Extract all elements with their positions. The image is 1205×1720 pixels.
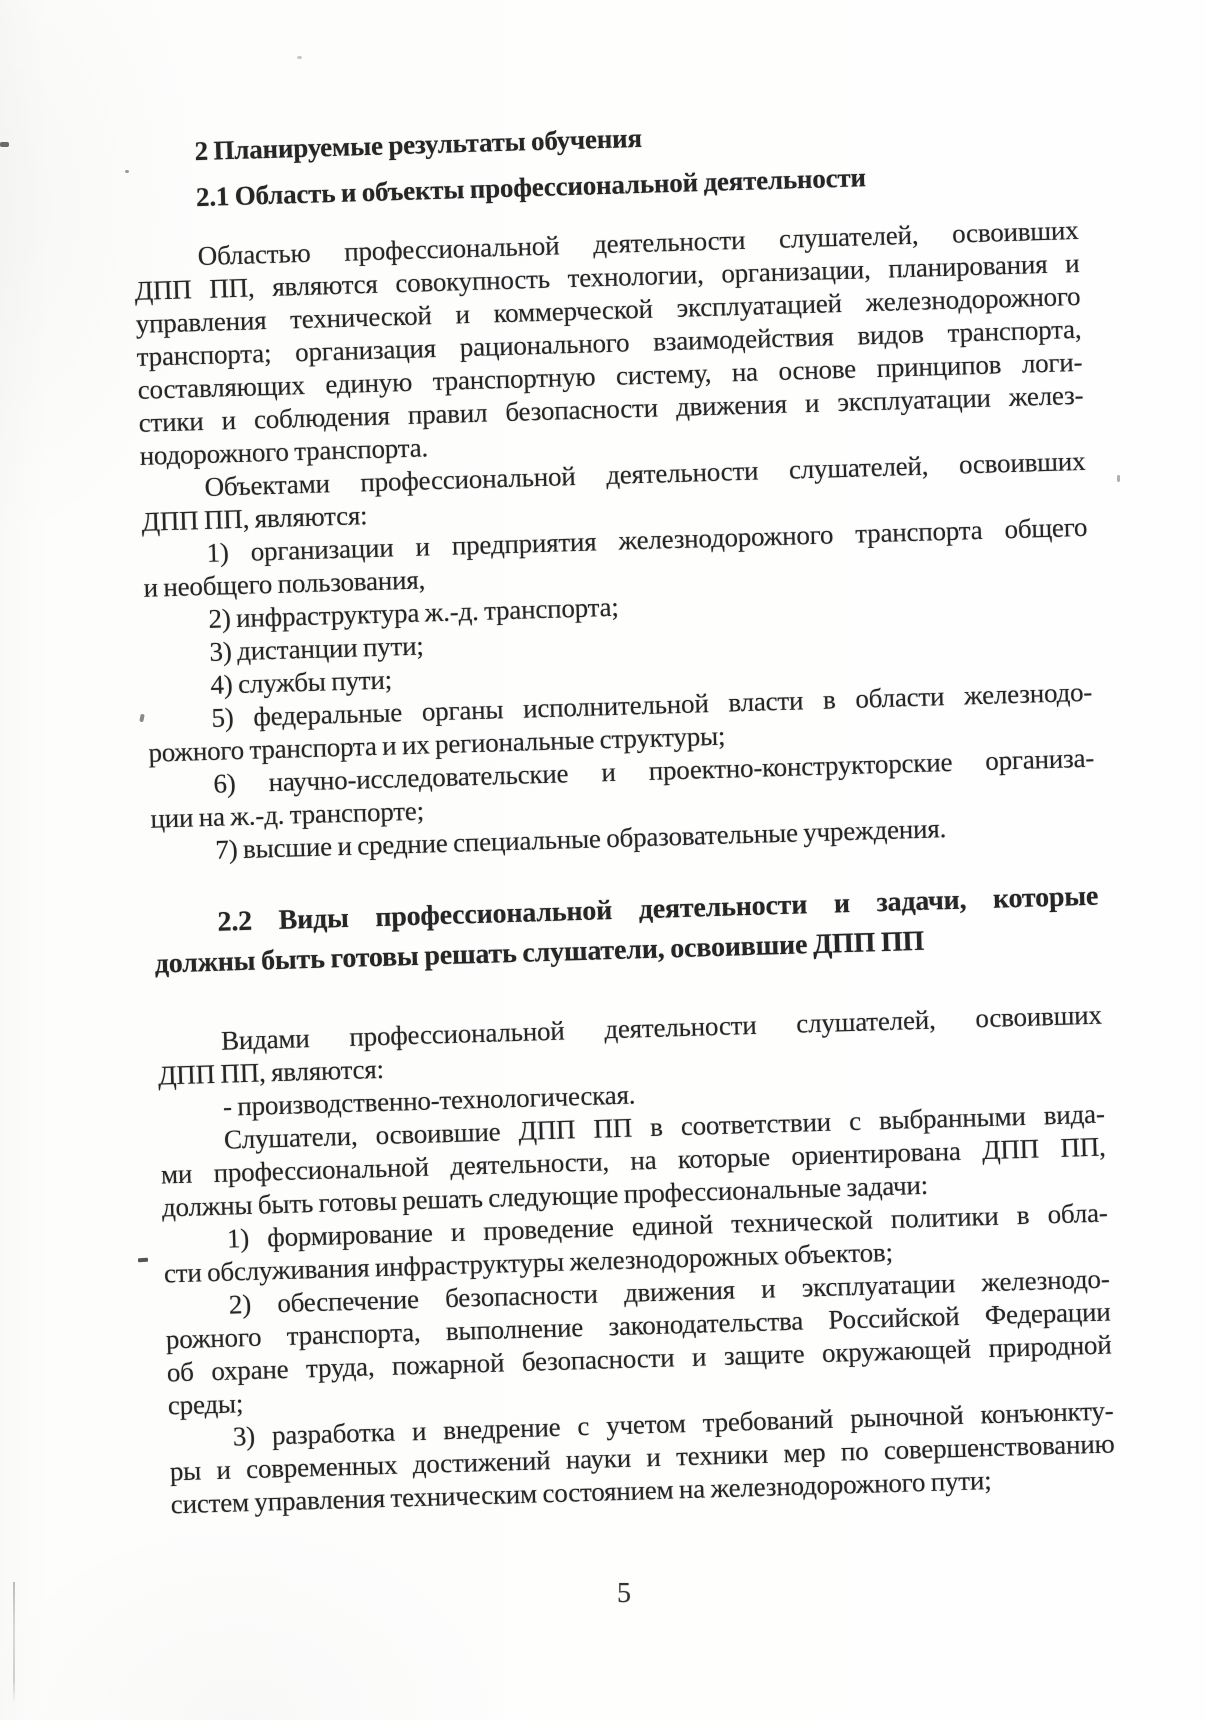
- scan-artifact-hyphen: [138, 1258, 148, 1263]
- scan-artifact-speck: [139, 714, 145, 723]
- page-number: 5: [617, 1578, 631, 1610]
- scanned-document-page: 2 Планируемые результаты обучения 2.1 Об…: [0, 0, 1205, 1720]
- document-text-block: 2 Планируемые результаты обучения 2.1 Об…: [130, 102, 1116, 1521]
- scan-artifact-dash: [0, 142, 9, 147]
- scan-artifact-line: [13, 1582, 15, 1704]
- scan-artifact-speck: [1117, 475, 1120, 482]
- scan-artifact-speck: [297, 56, 302, 59]
- scan-artifact-speck: [125, 170, 129, 173]
